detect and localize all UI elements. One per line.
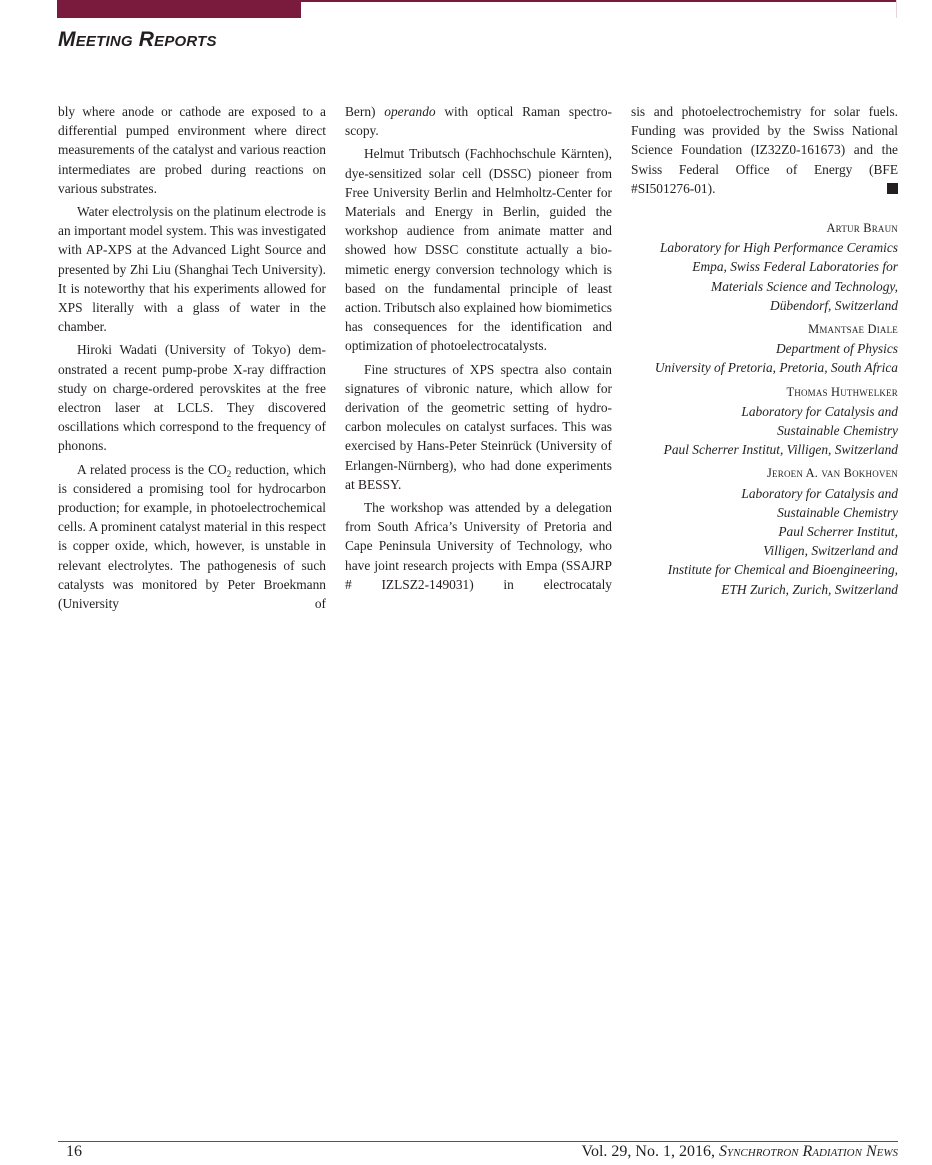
paragraph: Fine structures of XPS spectra also cont… bbox=[345, 360, 612, 494]
affiliation-line: Sustainable Chemistry bbox=[620, 503, 898, 522]
paragraph: bly where anode or cathode are exposed t… bbox=[58, 102, 326, 198]
affiliation-line: University of Pretoria, Pretoria, South … bbox=[620, 358, 898, 377]
affiliation-line: Department of Physics bbox=[620, 339, 898, 358]
paragraph: Water electrolysis on the platinum elec­… bbox=[58, 202, 326, 336]
end-of-article-square-icon bbox=[887, 183, 898, 194]
author-name: Jeroen A. van Bokhoven bbox=[620, 464, 898, 483]
journal-citation: Vol. 29, No. 1, 2016, Synchrotron Radiat… bbox=[581, 1143, 898, 1161]
author-list: Artur Braun Laboratory for High Performa… bbox=[620, 219, 898, 604]
affiliation-line: Sustainable Chemistry bbox=[620, 421, 898, 440]
affiliation-line: Paul Scherrer Institut, bbox=[620, 522, 898, 541]
header-edge-line bbox=[896, 0, 897, 18]
header-color-block bbox=[57, 0, 301, 18]
affiliation-line: ETH Zurich, Zurich, Switzerland bbox=[620, 580, 898, 599]
affiliation-line: Villigen, Switzerland and bbox=[620, 541, 898, 560]
affiliation-line: Institute for Chemical and Bioengineerin… bbox=[620, 560, 898, 579]
author-name: Mmantsae Diale bbox=[620, 320, 898, 339]
affiliation-line: Dübendorf, Switzerland bbox=[620, 296, 898, 315]
column-2: Bern) operando with optical Raman spectr… bbox=[345, 102, 612, 594]
affiliation-line: Empa, Swiss Federal Laboratories for bbox=[620, 257, 898, 276]
column-3: sis and photoelectrochemistry for solar … bbox=[631, 102, 898, 198]
footer-rule bbox=[58, 1141, 898, 1142]
author-name: Artur Braun bbox=[620, 219, 898, 238]
journal-name: Synchrotron Radiation News bbox=[719, 1143, 898, 1160]
author-name: Thomas Huthwelker bbox=[620, 383, 898, 402]
page-number: 16 bbox=[66, 1143, 82, 1161]
paragraph: Bern) operando with optical Raman spectr… bbox=[345, 102, 612, 140]
affiliation-line: Laboratory for Catalysis and bbox=[620, 484, 898, 503]
paragraph: A related process is the CO2 reduction, … bbox=[58, 460, 326, 614]
author-block: Thomas Huthwelker Laboratory for Catalys… bbox=[620, 383, 898, 460]
affiliation-line: Paul Scherrer Institut, Villigen, Switze… bbox=[620, 440, 898, 459]
italic-term: operando bbox=[384, 104, 435, 119]
paragraph: sis and photoelectrochemistry for solar … bbox=[631, 102, 898, 198]
paragraph: Hiroki Wadati (University of Tokyo) dem­… bbox=[58, 340, 326, 455]
author-block: Jeroen A. van Bokhoven Laboratory for Ca… bbox=[620, 464, 898, 598]
paragraph: Helmut Tributsch (Fachhochschule Kärn­te… bbox=[345, 144, 612, 355]
author-block: Artur Braun Laboratory for High Performa… bbox=[620, 219, 898, 315]
paragraph: The workshop was attended by a delega­ti… bbox=[345, 498, 612, 594]
affiliation-line: Laboratory for High Performance Ceramics bbox=[620, 238, 898, 257]
section-title: Meeting Reports bbox=[58, 28, 217, 52]
affiliation-line: Laboratory for Catalysis and bbox=[620, 402, 898, 421]
column-1: bly where anode or cathode are exposed t… bbox=[58, 102, 326, 613]
header-rule bbox=[57, 0, 897, 2]
author-block: Mmantsae Diale Department of Physics Uni… bbox=[620, 320, 898, 378]
affiliation-line: Materials Science and Technology, bbox=[620, 277, 898, 296]
